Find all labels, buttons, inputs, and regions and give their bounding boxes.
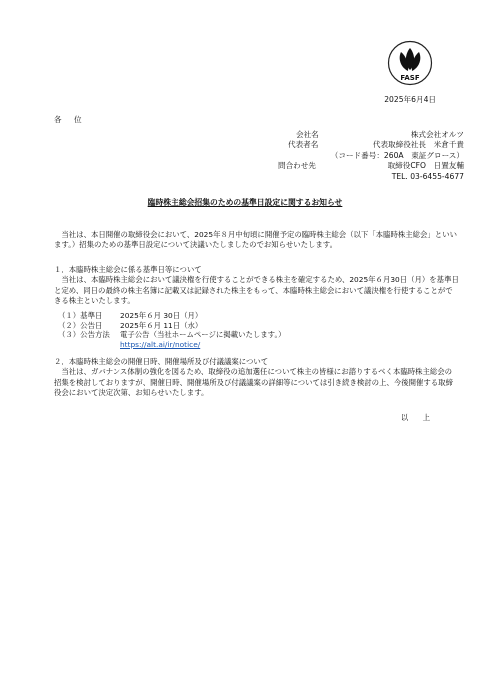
item-announcement-date: （２）公告日 2025年６月 11日（水）	[58, 321, 286, 331]
contact-row: 問合わせ先 取締役CFO 日置友輔	[278, 161, 464, 171]
representative-row: 代表者名 代表取締役社長 米倉千貴	[278, 140, 464, 150]
item-key: （２）公告日	[58, 321, 120, 331]
sender-block: 会社名 株式会社オルツ 代表者名 代表取締役社長 米倉千貴 （コード番号：260…	[278, 130, 464, 182]
contact-name: 取締役CFO 日置友輔	[388, 161, 464, 171]
company-row: 会社名 株式会社オルツ	[278, 130, 464, 140]
document-title: 臨時株主総会招集のための基準日設定に関するお知らせ	[0, 197, 490, 208]
stock-code: （コード番号：260A 東証グロース）	[331, 151, 464, 161]
fasf-logo: FASF	[387, 40, 433, 86]
section-2-body: 当社は、ガバナンス体制の強化を図るため、取締役の追加選任について株主の皆様にお諮…	[54, 367, 459, 398]
intro-paragraph: 当社は、本日開催の取締役会において、2025年８月中旬頃に開催予定の臨時株主総会…	[54, 230, 459, 251]
item-announcement-method: （３）公告方法 電子公告（当社ホームページに掲載いたします。）	[58, 330, 286, 340]
notice-link[interactable]: https://alt.ai/ir/notice/	[120, 340, 200, 350]
telephone: TEL. 03-6455-4677	[392, 172, 464, 182]
stock-code-row: （コード番号：260A 東証グロース）	[278, 151, 464, 161]
issue-date: 2025年6月4日	[384, 94, 436, 105]
item-value: 2025年６月 30日（月）	[120, 311, 202, 321]
section-2: ２．本臨時株主総会の開催日時、開催場所及び付議議案について 当社は、ガバナンス体…	[54, 357, 459, 398]
representative-label: 代表者名	[278, 140, 318, 150]
record-date-items: （１）基準日 2025年６月 30日（月） （２）公告日 2025年６月 11日…	[58, 311, 286, 349]
company-label: 会社名	[278, 130, 319, 140]
tel-row: TEL. 03-6455-4677	[278, 172, 464, 182]
section-1: １．本臨時株主総会に係る基準日等について 当社は、本臨時株主総会において議決権を…	[54, 265, 459, 306]
company-name: 株式会社オルツ	[411, 130, 464, 140]
svg-text:FASF: FASF	[400, 74, 419, 82]
item-value: 電子公告（当社ホームページに掲載いたします。）	[120, 330, 286, 340]
contact-label: 問合わせ先	[278, 161, 316, 171]
document-page: FASF 2025年6月4日 各 位 会社名 株式会社オルツ 代表者名 代表取締…	[0, 0, 490, 692]
fasf-leaf-emblem-icon: FASF	[387, 40, 433, 86]
section-2-heading: ２．本臨時株主総会の開催日時、開催場所及び付議議案について	[54, 357, 459, 367]
addressee: 各 位	[54, 114, 87, 125]
section-1-body: 当社は、本臨時株主総会において議決権を行使することができる株主を確定するため、2…	[54, 275, 459, 306]
item-value: 2025年６月 11日（水）	[120, 321, 202, 331]
section-1-heading: １．本臨時株主総会に係る基準日等について	[54, 265, 459, 275]
item-key: （１）基準日	[58, 311, 120, 321]
item-key: （３）公告方法	[58, 330, 120, 340]
closing-mark: 以 上	[401, 412, 436, 423]
representative-name: 代表取締役社長 米倉千貴	[373, 140, 464, 150]
item-record-date: （１）基準日 2025年６月 30日（月）	[58, 311, 286, 321]
